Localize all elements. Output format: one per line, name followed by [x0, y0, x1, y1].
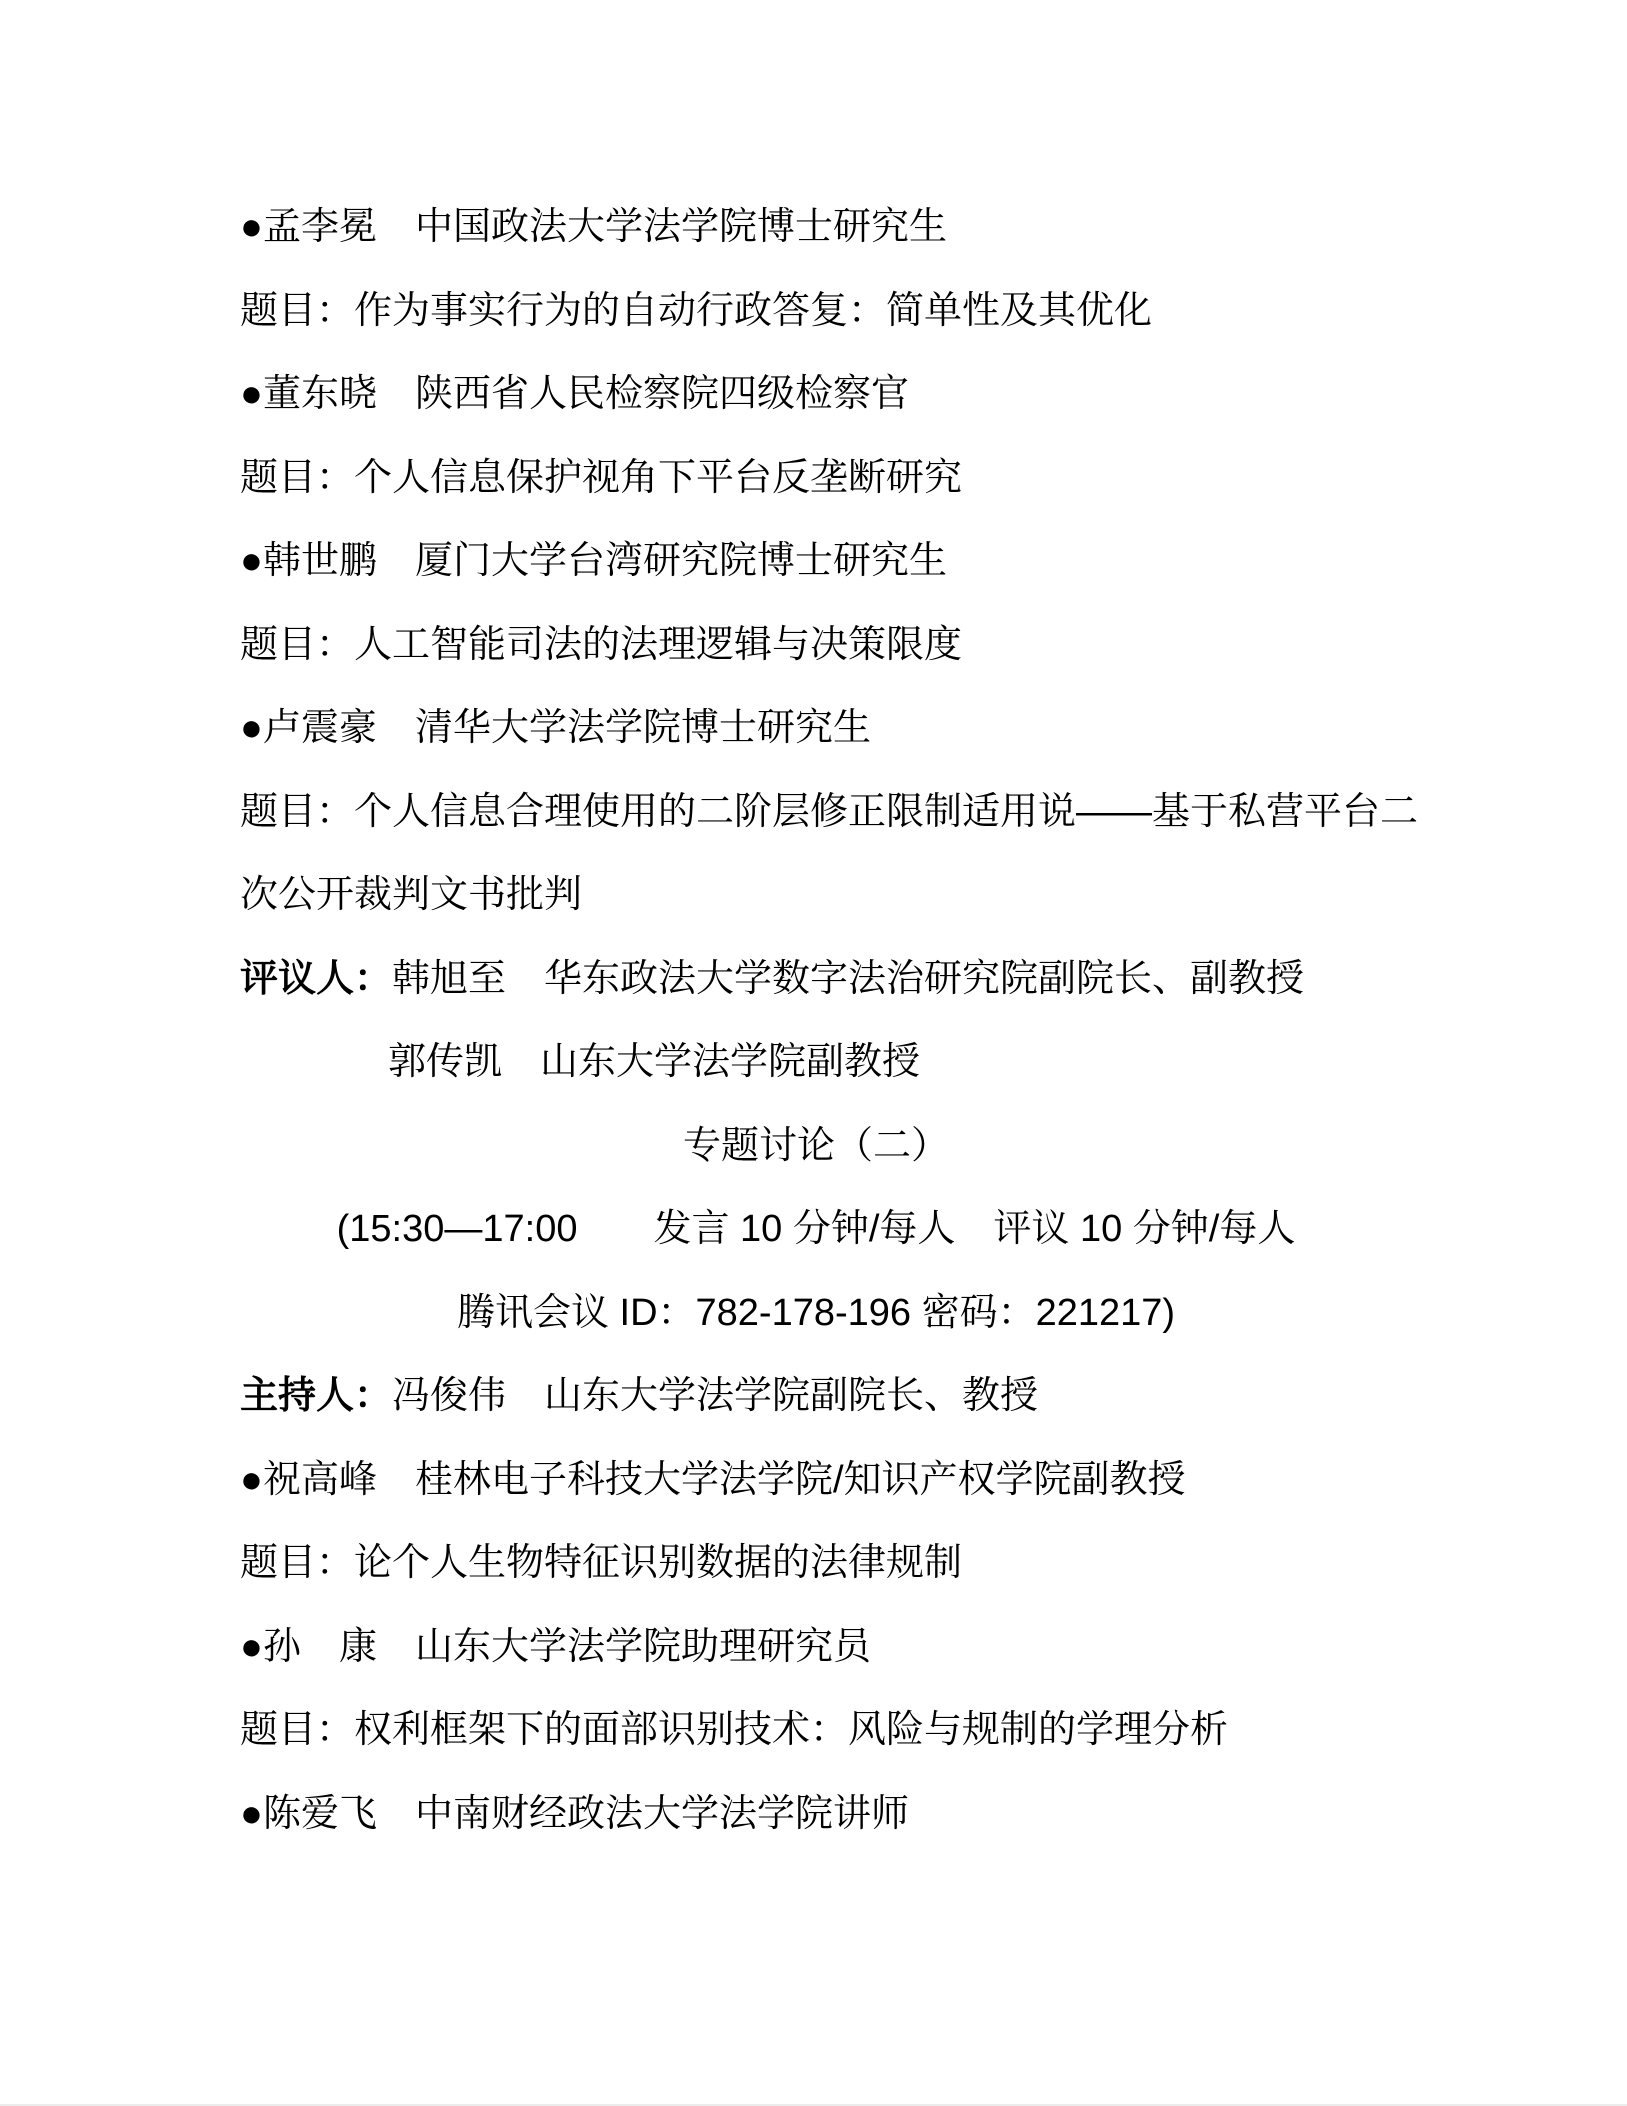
topic-line: 题目：作为事实行为的自动行政答复：简单性及其优化 [240, 270, 1392, 354]
role-label: 评议人： [240, 958, 392, 1000]
line-text: ●卢震豪 清华大学法学院博士研究生 [240, 707, 871, 749]
line-text: ●祝高峰 桂林电子科技大学法学院/知识产权学院副教授 [240, 1459, 1186, 1501]
centered-session-line: 腾讯会议 ID：782-178-196 密码：221217) [240, 1272, 1392, 1356]
line-text: ●董东晓 陕西省人民检察院四级检察官 [240, 373, 909, 415]
line-text: 题目：论个人生物特征识别数据的法律规制 [240, 1542, 962, 1584]
line-text: 题目：个人信息合理使用的二阶层修正限制适用说——基于私营平台二 [240, 791, 1418, 833]
topic-continuation-line: 次公开裁判文书批判 [240, 854, 1392, 938]
speaker-line: ●陈爱飞 中南财经政法大学法学院讲师 [240, 1773, 1392, 1857]
topic-line: 题目：权利框架下的面部识别技术：风险与规制的学理分析 [240, 1689, 1392, 1773]
commentator-second-line: 郭传凯 山东大学法学院副教授 [240, 1021, 1392, 1105]
speaker-line: ●孙 康 山东大学法学院助理研究员 [240, 1606, 1392, 1690]
document-content: ●孟李冕 中国政法大学法学院博士研究生题目：作为事实行为的自动行政答复：简单性及… [240, 186, 1392, 1856]
line-text: 题目：权利框架下的面部识别技术：风险与规制的学理分析 [240, 1709, 1228, 1751]
speaker-line: ●孟李冕 中国政法大学法学院博士研究生 [240, 186, 1392, 270]
speaker-line: ●祝高峰 桂林电子科技大学法学院/知识产权学院副教授 [240, 1439, 1392, 1523]
line-text: ●陈爱飞 中南财经政法大学法学院讲师 [240, 1793, 909, 1835]
speaker-line: ●韩世鹏 厦门大学台湾研究院博士研究生 [240, 520, 1392, 604]
line-text: 题目：个人信息保护视角下平台反垄断研究 [240, 457, 962, 499]
speaker-line: ●董东晓 陕西省人民检察院四级检察官 [240, 353, 1392, 437]
line-text: 冯俊伟 山东大学法学院副院长、教授 [392, 1375, 1038, 1417]
line-text: 腾讯会议 ID：782-178-196 密码：221217) [457, 1292, 1175, 1334]
role-label: 主持人： [240, 1375, 392, 1417]
line-text: 专题讨论（二） [683, 1125, 949, 1167]
role-line: 主持人：冯俊伟 山东大学法学院副院长、教授 [240, 1355, 1392, 1439]
topic-line: 题目：个人信息保护视角下平台反垄断研究 [240, 437, 1392, 521]
topic-line: 题目：论个人生物特征识别数据的法律规制 [240, 1522, 1392, 1606]
role-line: 评议人：韩旭至 华东政法大学数字法治研究院副院长、副教授 [240, 938, 1392, 1022]
line-text: (15:30—17:00 发言 10 分钟/每人 评议 10 分钟/每人 [337, 1208, 1296, 1250]
line-text: 题目：作为事实行为的自动行政答复：简单性及其优化 [240, 290, 1152, 332]
speaker-line: ●卢震豪 清华大学法学院博士研究生 [240, 687, 1392, 771]
line-text: 题目：人工智能司法的法理逻辑与决策限度 [240, 624, 962, 666]
line-text: 郭传凯 山东大学法学院副教授 [388, 1041, 920, 1083]
centered-session-line: 专题讨论（二） [240, 1105, 1392, 1189]
line-text: ●孙 康 山东大学法学院助理研究员 [240, 1626, 871, 1668]
centered-session-line: (15:30—17:00 发言 10 分钟/每人 评议 10 分钟/每人 [240, 1188, 1392, 1272]
line-text: ●孟李冕 中国政法大学法学院博士研究生 [240, 206, 947, 248]
document-page: ●孟李冕 中国政法大学法学院博士研究生题目：作为事实行为的自动行政答复：简单性及… [0, 0, 1627, 2106]
line-text: 次公开裁判文书批判 [240, 874, 582, 916]
topic-line: 题目：人工智能司法的法理逻辑与决策限度 [240, 604, 1392, 688]
topic-line: 题目：个人信息合理使用的二阶层修正限制适用说——基于私营平台二 [240, 771, 1392, 855]
line-text: ●韩世鹏 厦门大学台湾研究院博士研究生 [240, 540, 947, 582]
line-text: 韩旭至 华东政法大学数字法治研究院副院长、副教授 [392, 958, 1304, 1000]
